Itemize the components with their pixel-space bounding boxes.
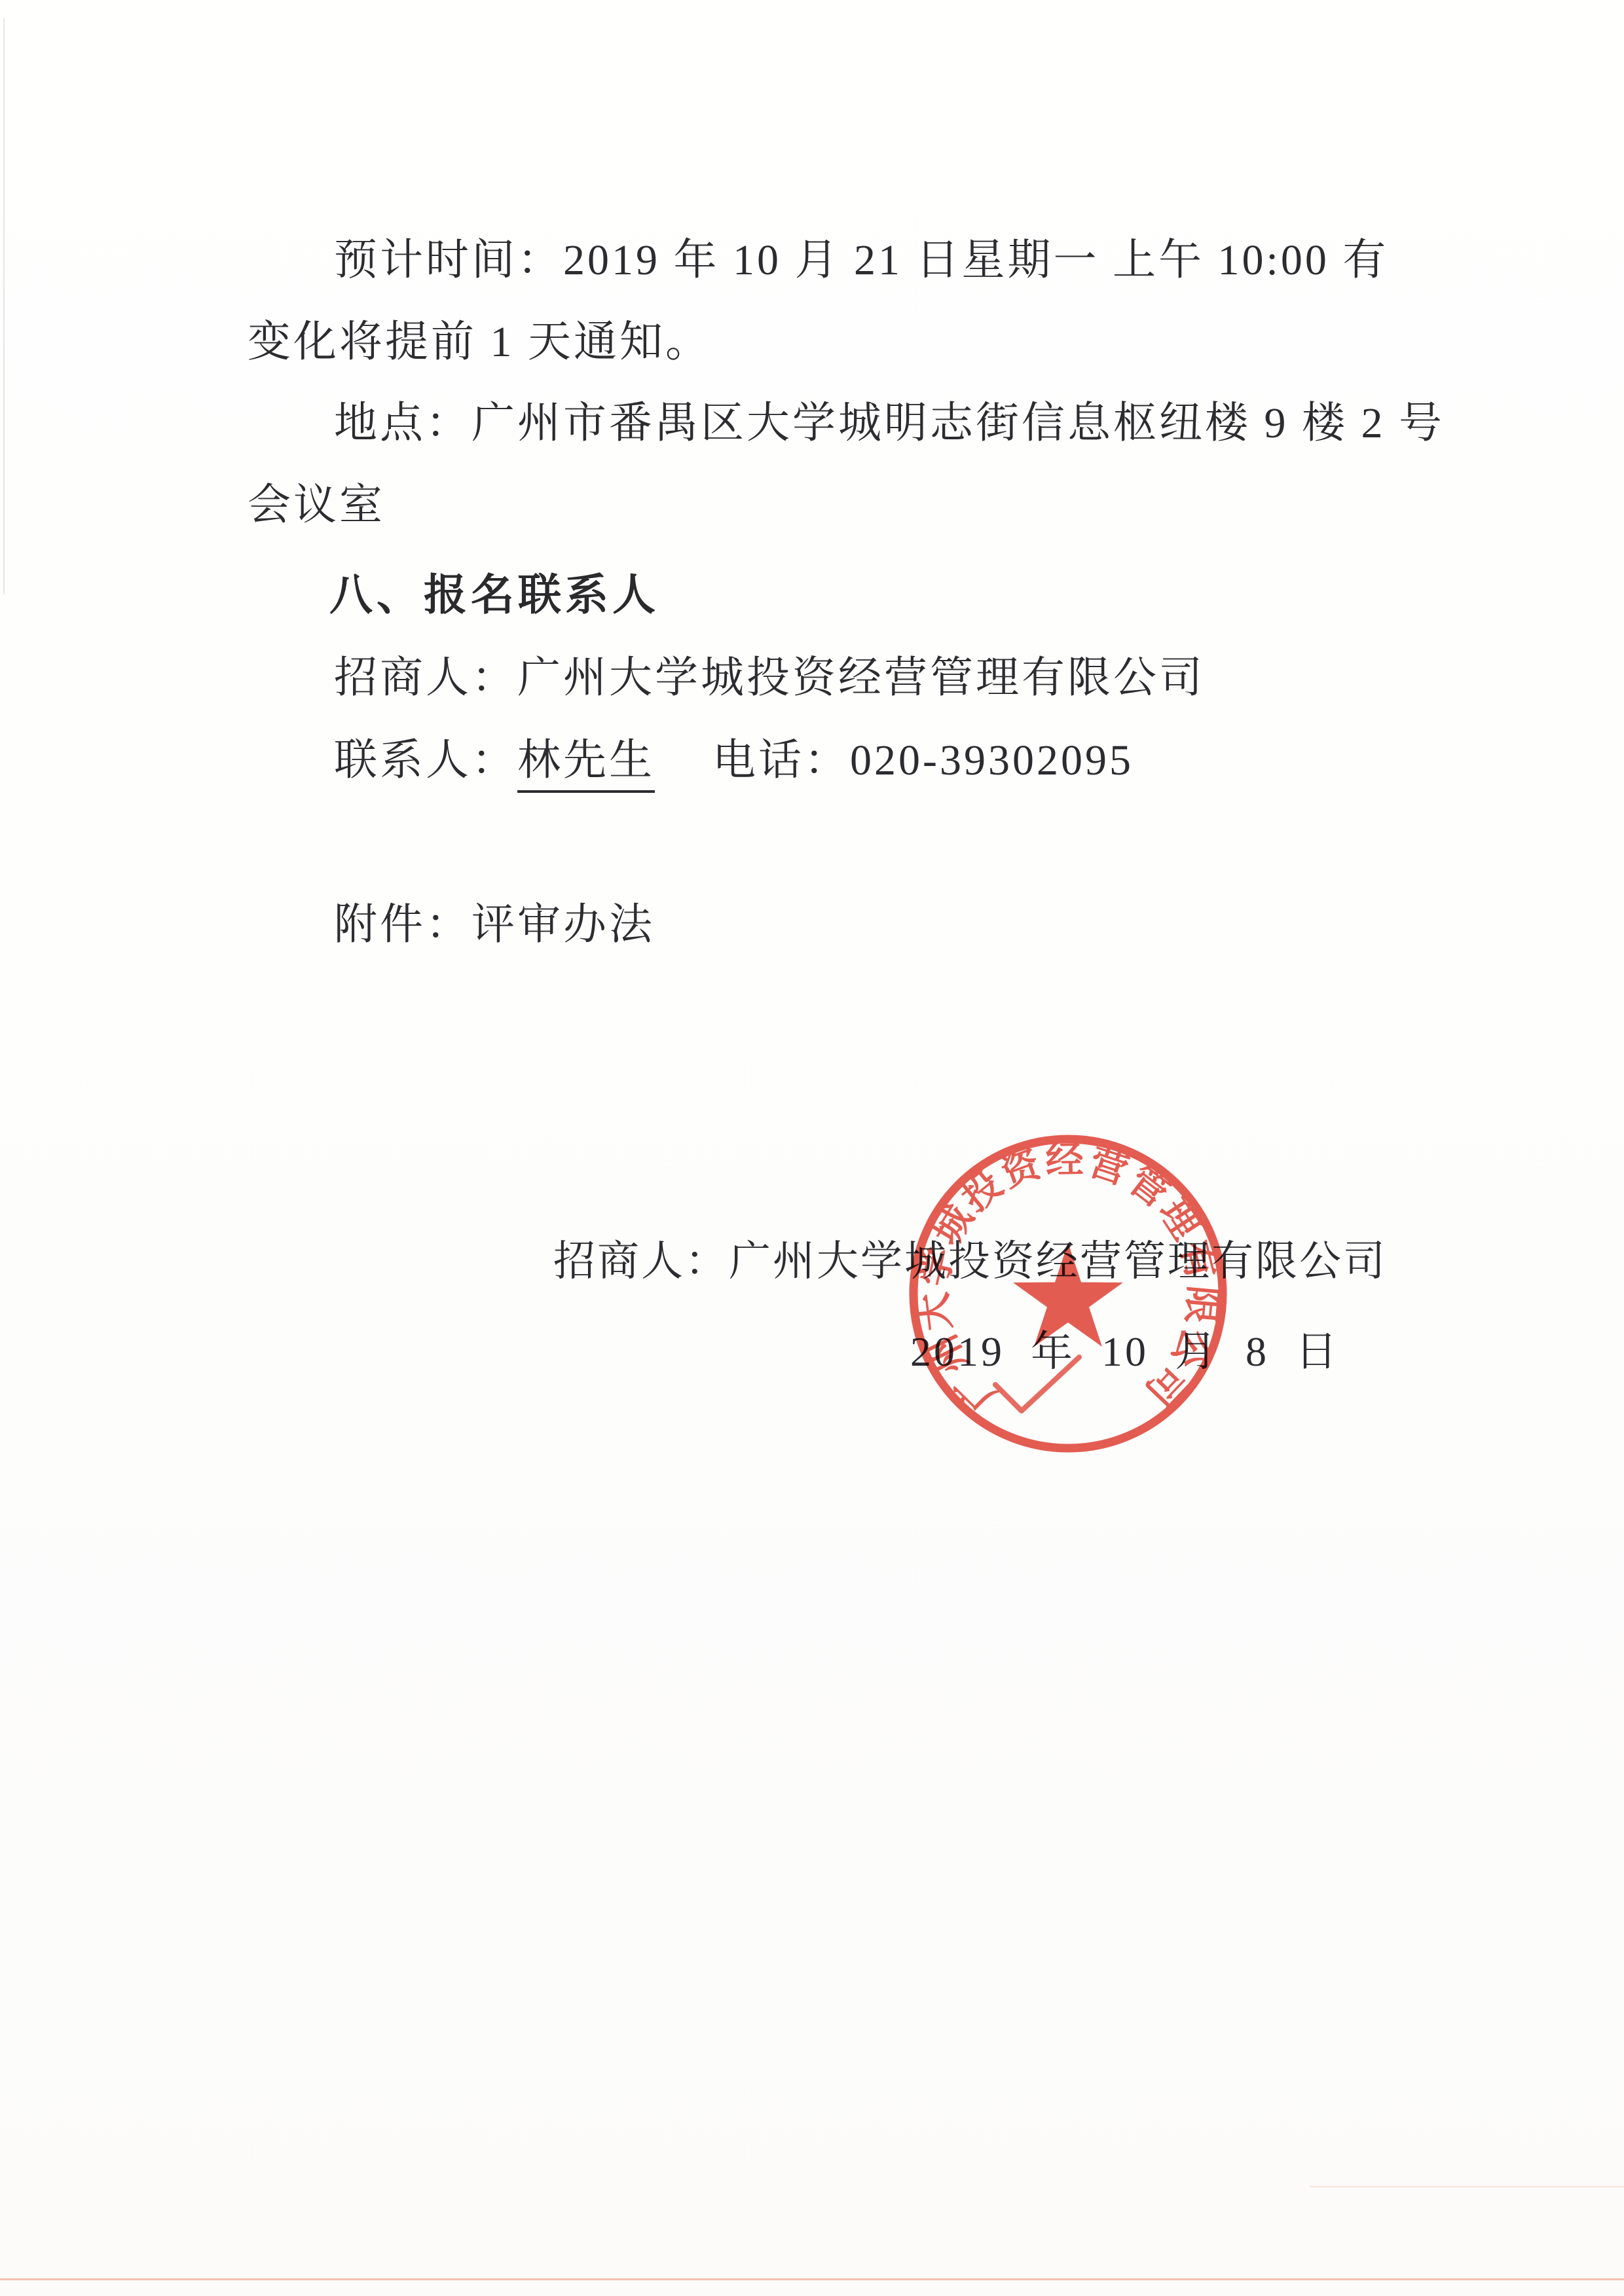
- paragraph-attachment: 附件：评审办法: [334, 902, 655, 949]
- seal-red-check-stroke: [995, 1357, 1079, 1411]
- paragraph-merchant: 招商人：广州大学城投资经营管理有限公司: [334, 655, 1205, 702]
- phone-label: 电话：: [712, 737, 850, 784]
- contact-person-name: 林先生: [517, 737, 655, 793]
- scan-artifact-bottom-line: [0, 2278, 1624, 2280]
- paragraph-expected-time-line1: 预计时间：2019 年 10 月 21 日星期一 上午 10:00 有: [334, 237, 1388, 285]
- paragraph-expected-time-line2: 变化将提前 1 天通知。: [248, 319, 711, 367]
- paragraph-location-line1: 地点：广州市番禺区大学城明志街信息枢纽楼 9 楼 2 号: [334, 400, 1445, 448]
- paragraph-contact: 联系人：林先生电话：020-39302095: [334, 737, 1134, 793]
- contact-prefix-label: 联系人：: [334, 737, 517, 784]
- scanned-document-page: 预计时间：2019 年 10 月 21 日星期一 上午 10:00 有 变化将提…: [0, 0, 1624, 2296]
- phone-number: 020-39302095: [850, 737, 1134, 784]
- paragraph-location-line2: 会议室: [248, 482, 385, 530]
- section-heading-registration-contacts: 八、报名联系人: [329, 571, 659, 619]
- seal-star-icon: [1013, 1243, 1123, 1347]
- company-seal-stamp: 广州大学城投资经营管理有限公司: [908, 1133, 1228, 1454]
- scan-artifact-left-edge: [3, 18, 5, 594]
- scan-artifact-faint-line: [1310, 2186, 1624, 2187]
